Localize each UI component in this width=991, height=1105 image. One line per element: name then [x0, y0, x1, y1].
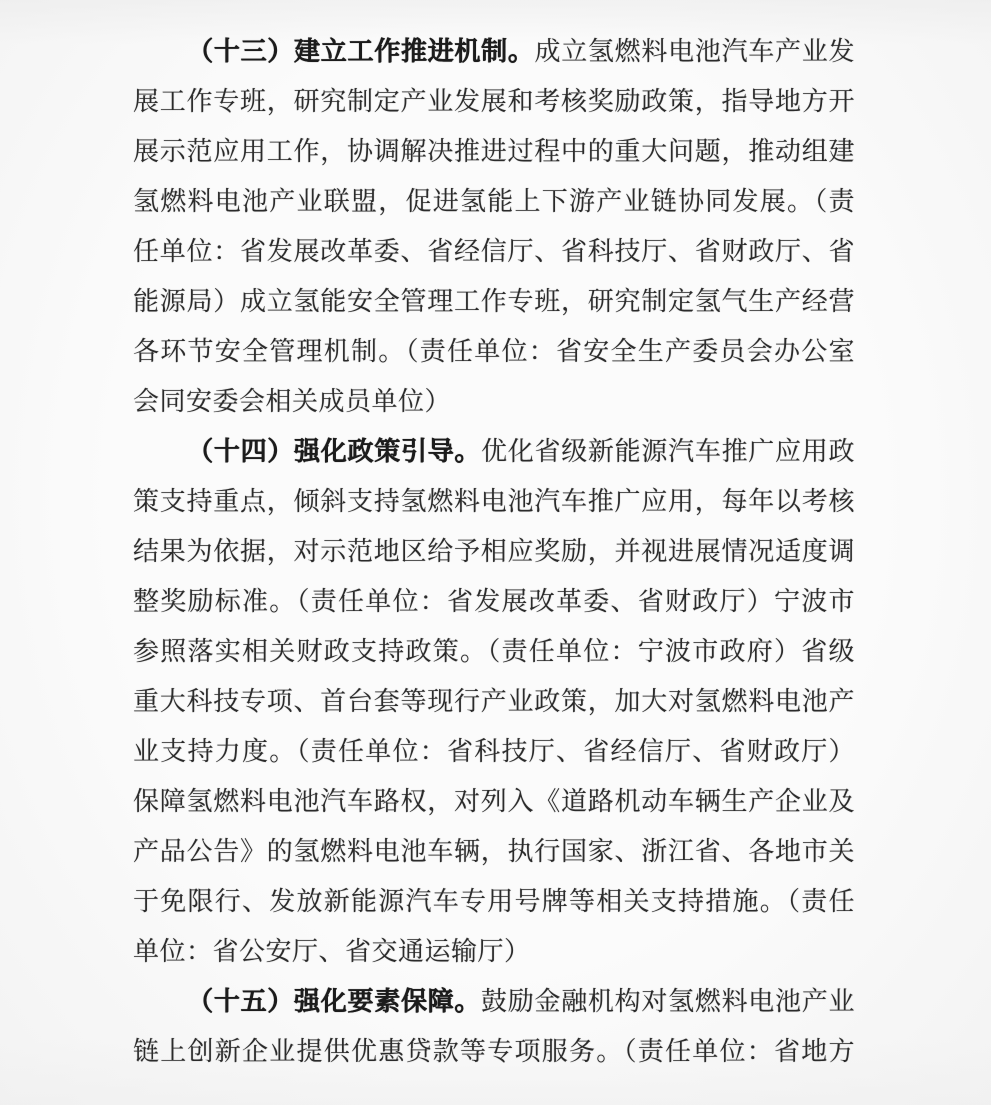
clause-heading: （十五）强化要素保障。	[187, 987, 481, 1016]
scanned-document-page: （十三）建立工作推进机制。成立氢燃料电池汽车产业发展工作专班，研究制定产业发展和…	[0, 0, 991, 1105]
text-line: 能源局）成立氢能安全管理工作专班，研究制定氢气生产经营	[133, 277, 855, 327]
clause-text: 氢燃料电池产业联盟，促进氢能上下游产业链协同发展。（责	[133, 187, 855, 216]
clause-heading: （十四）强化政策引导。	[187, 437, 481, 466]
clause-heading: （十三）建立工作推进机制。	[187, 37, 534, 66]
clause-text: 策支持重点，倾斜支持氢燃料电池汽车推广应用，每年以考核	[133, 487, 855, 516]
text-line: 保障氢燃料电池汽车路权，对列入《道路机动车辆生产企业及	[133, 777, 855, 827]
clause-text: 鼓励金融机构对氢燃料电池产业	[481, 987, 855, 1016]
text-line: 展工作专班，研究制定产业发展和考核奖励政策，指导地方开	[133, 77, 855, 127]
clause-text: 保障氢燃料电池汽车路权，对列入《道路机动车辆生产企业及	[133, 787, 855, 816]
clause-text: 优化省级新能源汽车推广应用政	[481, 437, 855, 466]
text-line: （十四）强化政策引导。优化省级新能源汽车推广应用政	[133, 427, 855, 477]
clause-text: 展工作专班，研究制定产业发展和考核奖励政策，指导地方开	[133, 87, 855, 116]
text-line: 整奖励标准。（责任单位：省发展改革委、省财政厅）宁波市	[133, 577, 855, 627]
clause-14-policy-guidance: （十四）强化政策引导。优化省级新能源汽车推广应用政策支持重点，倾斜支持氢燃料电池…	[133, 427, 855, 977]
clause-text: 业支持力度。（责任单位：省科技厅、省经信厅、省财政厅）	[133, 737, 855, 766]
clause-text: 结果为依据，对示范地区给予相应奖励，并视进展情况适度调	[133, 537, 855, 566]
text-line: 结果为依据，对示范地区给予相应奖励，并视进展情况适度调	[133, 527, 855, 577]
clause-text: 能源局）成立氢能安全管理工作专班，研究制定氢气生产经营	[133, 287, 855, 316]
clause-text: 整奖励标准。（责任单位：省发展改革委、省财政厅）宁波市	[133, 587, 855, 616]
clause-text: 展示范应用工作，协调解决推进过程中的重大问题，推动组建	[133, 137, 855, 166]
clause-text: 成立氢燃料电池汽车产业发	[534, 37, 855, 66]
text-line: 产品公告》的氢燃料电池车辆，执行国家、浙江省、各地市关	[133, 827, 855, 877]
text-line: 重大科技专项、首台套等现行产业政策，加大对氢燃料电池产	[133, 677, 855, 727]
clause-15-factor-guarantee: （十五）强化要素保障。鼓励金融机构对氢燃料电池产业链上创新企业提供优惠贷款等专项…	[133, 977, 855, 1077]
clause-text: 各环节安全管理机制。（责任单位：省安全生产委员会办公室	[133, 337, 855, 366]
text-line: （十五）强化要素保障。鼓励金融机构对氢燃料电池产业	[133, 977, 855, 1027]
text-line: 氢燃料电池产业联盟，促进氢能上下游产业链协同发展。（责	[133, 177, 855, 227]
document-body: （十三）建立工作推进机制。成立氢燃料电池汽车产业发展工作专班，研究制定产业发展和…	[133, 27, 855, 1077]
text-line: 参照落实相关财政支持政策。（责任单位：宁波市政府）省级	[133, 627, 855, 677]
text-line: 策支持重点，倾斜支持氢燃料电池汽车推广应用，每年以考核	[133, 477, 855, 527]
clause-text: 会同安委会相关成员单位）	[133, 387, 451, 416]
text-line: 单位：省公安厅、省交通运输厅）	[133, 927, 855, 977]
clause-text: 单位：省公安厅、省交通运输厅）	[133, 937, 531, 966]
text-line: 链上创新企业提供优惠贷款等专项服务。（责任单位：省地方	[133, 1027, 855, 1077]
text-line: （十三）建立工作推进机制。成立氢燃料电池汽车产业发	[133, 27, 855, 77]
text-line: 会同安委会相关成员单位）	[133, 377, 855, 427]
text-line: 于免限行、发放新能源汽车专用号牌等相关支持措施。（责任	[133, 877, 855, 927]
text-line: 展示范应用工作，协调解决推进过程中的重大问题，推动组建	[133, 127, 855, 177]
text-line: 各环节安全管理机制。（责任单位：省安全生产委员会办公室	[133, 327, 855, 377]
clause-text: 参照落实相关财政支持政策。（责任单位：宁波市政府）省级	[133, 637, 855, 666]
clause-13-work-promotion-mechanism: （十三）建立工作推进机制。成立氢燃料电池汽车产业发展工作专班，研究制定产业发展和…	[133, 27, 855, 427]
text-line: 业支持力度。（责任单位：省科技厅、省经信厅、省财政厅）	[133, 727, 855, 777]
text-line: 任单位：省发展改革委、省经信厅、省科技厅、省财政厅、省	[133, 227, 855, 277]
clause-text: 于免限行、发放新能源汽车专用号牌等相关支持措施。（责任	[133, 887, 855, 916]
clause-text: 重大科技专项、首台套等现行产业政策，加大对氢燃料电池产	[133, 687, 855, 716]
clause-text: 任单位：省发展改革委、省经信厅、省科技厅、省财政厅、省	[133, 237, 855, 266]
clause-text: 产品公告》的氢燃料电池车辆，执行国家、浙江省、各地市关	[133, 837, 855, 866]
clause-text: 链上创新企业提供优惠贷款等专项服务。（责任单位：省地方	[133, 1037, 855, 1066]
